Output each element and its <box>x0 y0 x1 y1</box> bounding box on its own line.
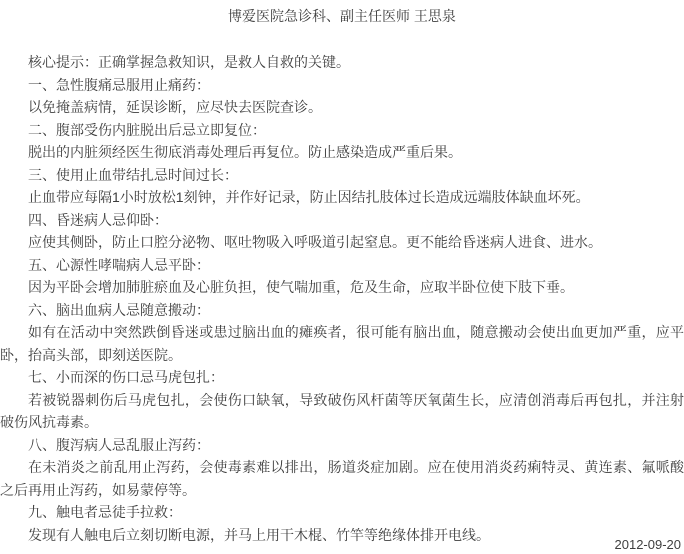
item-6-heading: 六、脑出血病人忌随意搬动： <box>0 299 684 322</box>
item-1-heading: 一、急性腹痛忌服用止痛药： <box>0 74 684 97</box>
item-7-heading: 七、小而深的伤口忌马虎包扎： <box>0 366 684 389</box>
item-3-text: 止血带应每隔1小时放松1刻钟，并作好记录，防止因结扎肢体过长造成远端肢体缺血坏死… <box>0 186 684 209</box>
item-4-heading: 四、昏迷病人忌仰卧： <box>0 209 684 232</box>
item-5-heading: 五、心源性哮喘病人忌平卧： <box>0 254 684 277</box>
item-9-text: 发现有人触电后立刻切断电源，并马上用干木棍、竹竿等绝缘体排开电线。 <box>0 524 684 547</box>
document-body: 核心提示：正确掌握急救知识，是救人自救的关键。 一、急性腹痛忌服用止痛药： 以免… <box>0 51 684 546</box>
item-2-text: 脱出的内脏须经医生彻底消毒处理后再复位。防止感染造成严重后果。 <box>0 141 684 164</box>
item-1-text: 以免掩盖病情，延误诊断，应尽快去医院查诊。 <box>0 96 684 119</box>
page-title: 博爱医院急诊科、副主任医师 王思泉 <box>0 0 684 27</box>
item-8-heading: 八、腹泻病人忌乱服止泻药： <box>0 434 684 457</box>
item-4-text: 应使其侧卧，防止口腔分泌物、呕吐物吸入呼吸道引起窒息。更不能给昏迷病人进食、进水… <box>0 231 684 254</box>
document-page: 博爱医院急诊科、副主任医师 王思泉 核心提示：正确掌握急救知识，是救人自救的关键… <box>0 0 684 554</box>
item-8-text: 在未消炎之前乱用止泻药，会使毒素难以排出，肠道炎症加剧。应在使用消炎药痢特灵、黄… <box>0 456 684 501</box>
item-2-heading: 二、腹部受伤内脏脱出后忌立即复位： <box>0 119 684 142</box>
item-9-heading: 九、触电者忌徒手拉救： <box>0 501 684 524</box>
item-7-text: 若被锐器刺伤后马虎包扎，会使伤口缺氧，导致破伤风杆菌等厌氧菌生长，应清创消毒后再… <box>0 389 684 434</box>
item-3-heading: 三、使用止血带结扎忌时间过长： <box>0 164 684 187</box>
core-tip-line: 核心提示：正确掌握急救知识，是救人自救的关键。 <box>0 51 684 74</box>
item-6-text: 如有在活动中突然跌倒昏迷或患过脑出血的瘫痪者，很可能有脑出血，随意搬动会使出血更… <box>0 321 684 366</box>
item-5-text: 因为平卧会增加肺脏瘀血及心脏负担，使气喘加重，危及生命，应取半卧位使下肢下垂。 <box>0 276 684 299</box>
publish-date: 2012-09-20 <box>615 538 682 552</box>
